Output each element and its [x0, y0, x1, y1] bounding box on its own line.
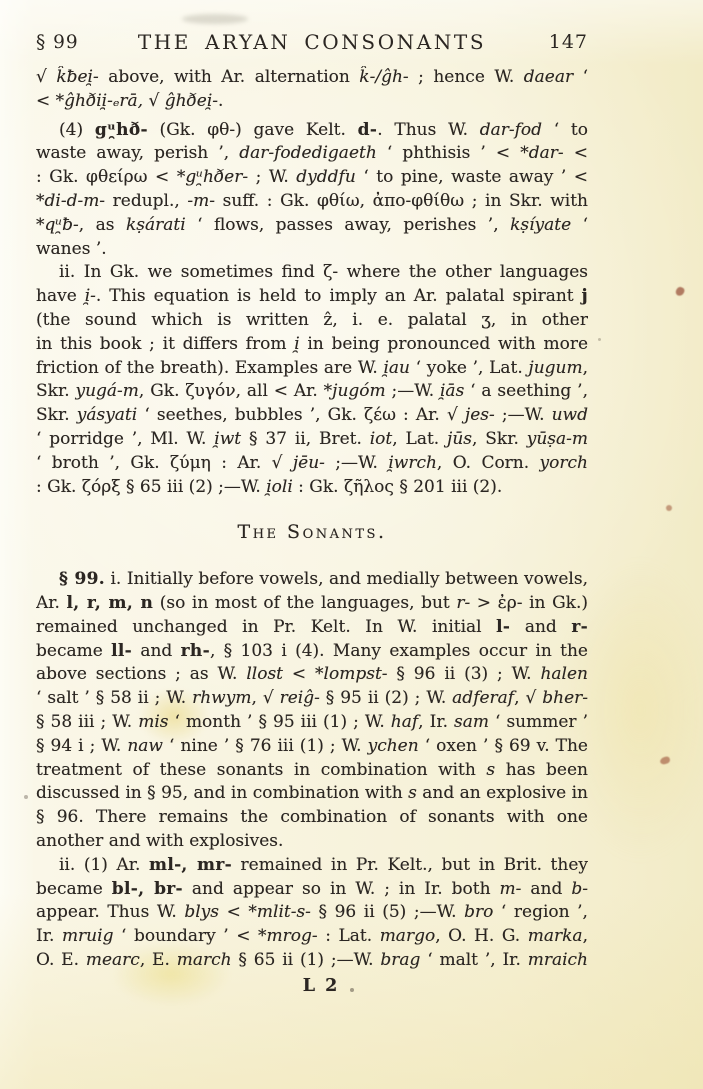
text-line: Ir. mruig ‘ boundary ’ < *mrog- : Lat. m…	[36, 925, 588, 949]
text-line: *di-d-m- redupl., -m- suff. : Gk. φθίω, …	[36, 190, 588, 214]
text-line: √ k̂ƀei̯- above, with Ar. alternation k̂…	[36, 66, 588, 90]
text-line: treatment of these sonants in combinatio…	[36, 759, 588, 783]
text-line: appear. Thus W. blys < *mlit-s- § 96 ii …	[36, 901, 588, 925]
text-line: became bl-, br- and appear so in W. ; in…	[36, 878, 588, 902]
text-line: ‘ broth ’, Gk. ζύμη : Ar. √ jēu- ;—W. i̯…	[36, 452, 588, 476]
text-line: (4) gᵘ̯hð- (Gk. φθ-) gave Kelt. d-. Thus…	[36, 119, 588, 143]
scan-speck	[598, 338, 601, 341]
running-title: THE ARYAN CONSONANTS	[36, 30, 588, 54]
text-line: (the sound which is written ẑ, i. e. pal…	[36, 309, 588, 333]
signature-mark: L 2	[36, 976, 588, 996]
paragraph-ii-1: ii. (1) Ar. ml-, mr- remained in Pr. Kel…	[36, 854, 588, 973]
page-number: 147	[549, 31, 588, 53]
text-line: in this book ; it differs from i̯ in bei…	[36, 333, 588, 357]
text-line: ii. In Gk. we sometimes find ζ- where th…	[36, 261, 588, 285]
text-line: waste away, perish ’, dar-fodedigaeth ‘ …	[36, 142, 588, 166]
text-line: : Gk. φθείρω < *gᵘ̯hðer- ; W. dyddfu ‘ t…	[36, 166, 588, 190]
text-line: O. E. mearc, E. march § 65 ii (1) ;—W. b…	[36, 949, 588, 973]
paragraph-ii: ii. In Gk. we sometimes find ζ- where th…	[36, 261, 588, 499]
scan-speck	[24, 795, 28, 799]
text-line: § 99. i. Initially before vowels, and me…	[36, 568, 588, 592]
text-line: § 96. There remains the combination of s…	[36, 806, 588, 830]
paragraph-99: § 99. i. Initially before vowels, and me…	[36, 568, 588, 854]
margin-mark	[659, 756, 670, 765]
text-line: Skr. yásyati ‘ seethes, bubbles ’, Gk. ζ…	[36, 404, 588, 428]
paragraph-4: (4) gᵘ̯hð- (Gk. φθ-) gave Kelt. d-. Thus…	[36, 119, 588, 262]
text-line: became ll- and rh-, § 103 i (4). Many ex…	[36, 640, 588, 664]
margin-mark	[674, 286, 685, 298]
margin-mark	[666, 505, 672, 511]
text-line: Skr. yugá-m, Gk. ζυγόν, all < Ar. *jugóm…	[36, 380, 588, 404]
text-line: above sections ; as W. llost < *lompst- …	[36, 663, 588, 687]
text-line: : Gk. ζόρξ § 65 iii (2) ;—W. i̯oli : Gk.…	[36, 476, 588, 500]
text-line: ii. (1) Ar. ml-, mr- remained in Pr. Kel…	[36, 854, 588, 878]
text-line: wanes ’.	[36, 238, 588, 262]
section-heading-sonants: The Sonants.	[36, 521, 588, 545]
text-line: remained unchanged in Pr. Kelt. In W. in…	[36, 616, 588, 640]
paragraph-continuation: √ k̂ƀei̯- above, with Ar. alternation k̂…	[36, 66, 588, 114]
scan-smudge	[182, 14, 248, 24]
text-line: ‘ porridge ’, Ml. W. i̯wt § 37 ii, Bret.…	[36, 428, 588, 452]
text-line: § 58 iii ; W. mis ‘ month ’ § 95 iii (1)…	[36, 711, 588, 735]
text-line: another and with explosives.	[36, 830, 588, 854]
text-line: § 94 i ; W. naw ‘ nine ’ § 76 iii (1) ; …	[36, 735, 588, 759]
text-line: Ar. l, r, m, n (so in most of the langua…	[36, 592, 588, 616]
text-line: < *ĝhðii̯-ₑrā, √ ĝhðei̯-.	[36, 90, 588, 114]
text-line: *qᵘ̯ƀ-, as kṣárati ‘ flows, passes away,…	[36, 214, 588, 238]
text-line: ‘ salt ’ § 58 ii ; W. rhwym, √ reiĝ- § 9…	[36, 687, 588, 711]
text-line: have i̯-. This equation is held to imply…	[36, 285, 588, 309]
text-line: friction of the breath). Examples are W.…	[36, 357, 588, 381]
text-line: discussed in § 95, and in combination wi…	[36, 782, 588, 806]
page-header: § 99 THE ARYAN CONSONANTS 147	[36, 30, 588, 56]
book-page: § 99 THE ARYAN CONSONANTS 147 √ k̂ƀei̯- …	[0, 0, 703, 1089]
text-block: √ k̂ƀei̯- above, with Ar. alternation k̂…	[36, 66, 588, 996]
